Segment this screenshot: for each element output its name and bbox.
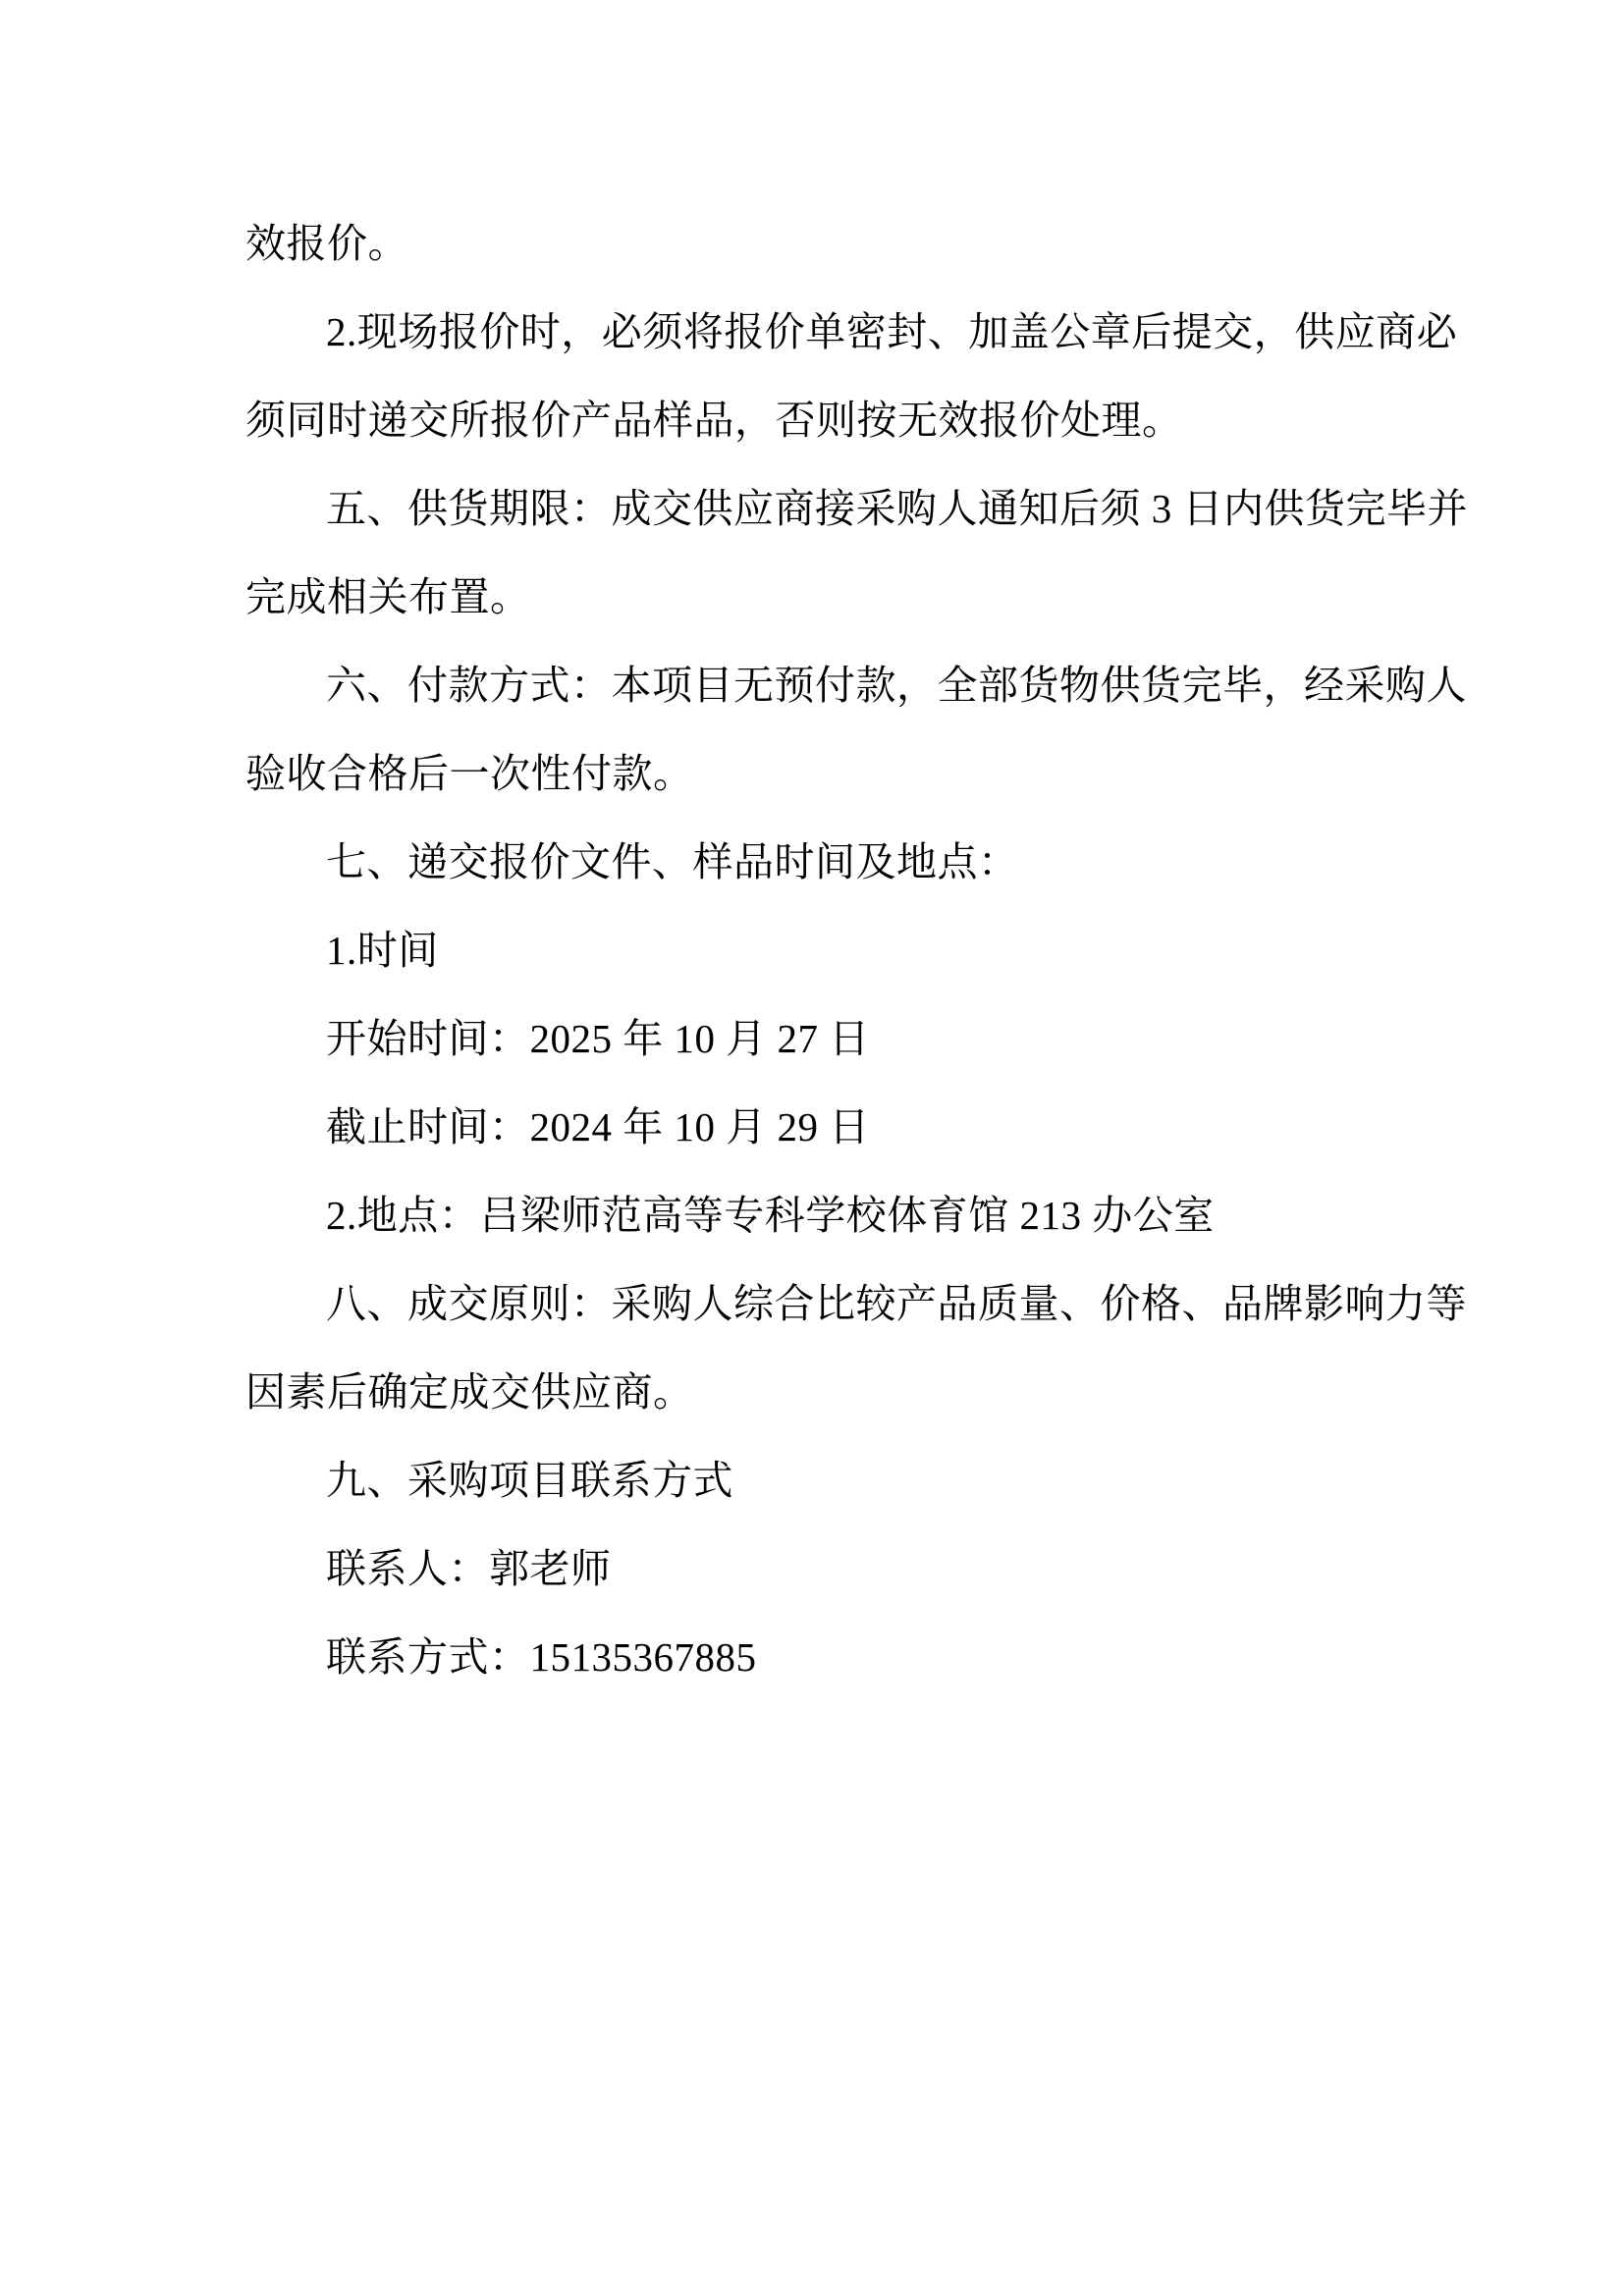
text-line: 效报价。 [245,199,1379,288]
text-line: 截止时间：2024 年 10 月 29 日 [245,1083,1379,1171]
text-line: 验收合格后一次性付款。 [245,729,1379,818]
text-line: 2.地点：吕梁师范高等专科学校体育馆 213 办公室 [245,1171,1379,1259]
text-line: 联系方式：15135367885 [245,1613,1379,1701]
text-line: 完成相关布置。 [245,553,1379,641]
document-page: 效报价。2.现场报价时，必须将报价单密封、加盖公章后提交，供应商必须同时递交所报… [0,0,1624,2296]
document-body: 效报价。2.现场报价时，必须将报价单密封、加盖公章后提交，供应商必须同时递交所报… [245,199,1379,1701]
text-line: 开始时间：2025 年 10 月 27 日 [245,994,1379,1083]
text-line: 联系人：郭老师 [245,1524,1379,1613]
text-line: 八、成交原则：采购人综合比较产品质量、价格、品牌影响力等 [245,1259,1379,1348]
text-line: 须同时递交所报价产品样品，否则按无效报价处理。 [245,376,1379,464]
text-line: 因素后确定成交供应商。 [245,1348,1379,1436]
text-line: 2.现场报价时，必须将报价单密封、加盖公章后提交，供应商必 [245,288,1379,376]
text-line: 六、付款方式：本项目无预付款，全部货物供货完毕，经采购人 [245,641,1379,729]
text-line: 五、供货期限：成交供应商接采购人通知后须 3 日内供货完毕并 [245,464,1379,553]
text-line: 1.时间 [245,906,1379,994]
text-line: 九、采购项目联系方式 [245,1436,1379,1524]
text-line: 七、递交报价文件、样品时间及地点： [245,818,1379,906]
